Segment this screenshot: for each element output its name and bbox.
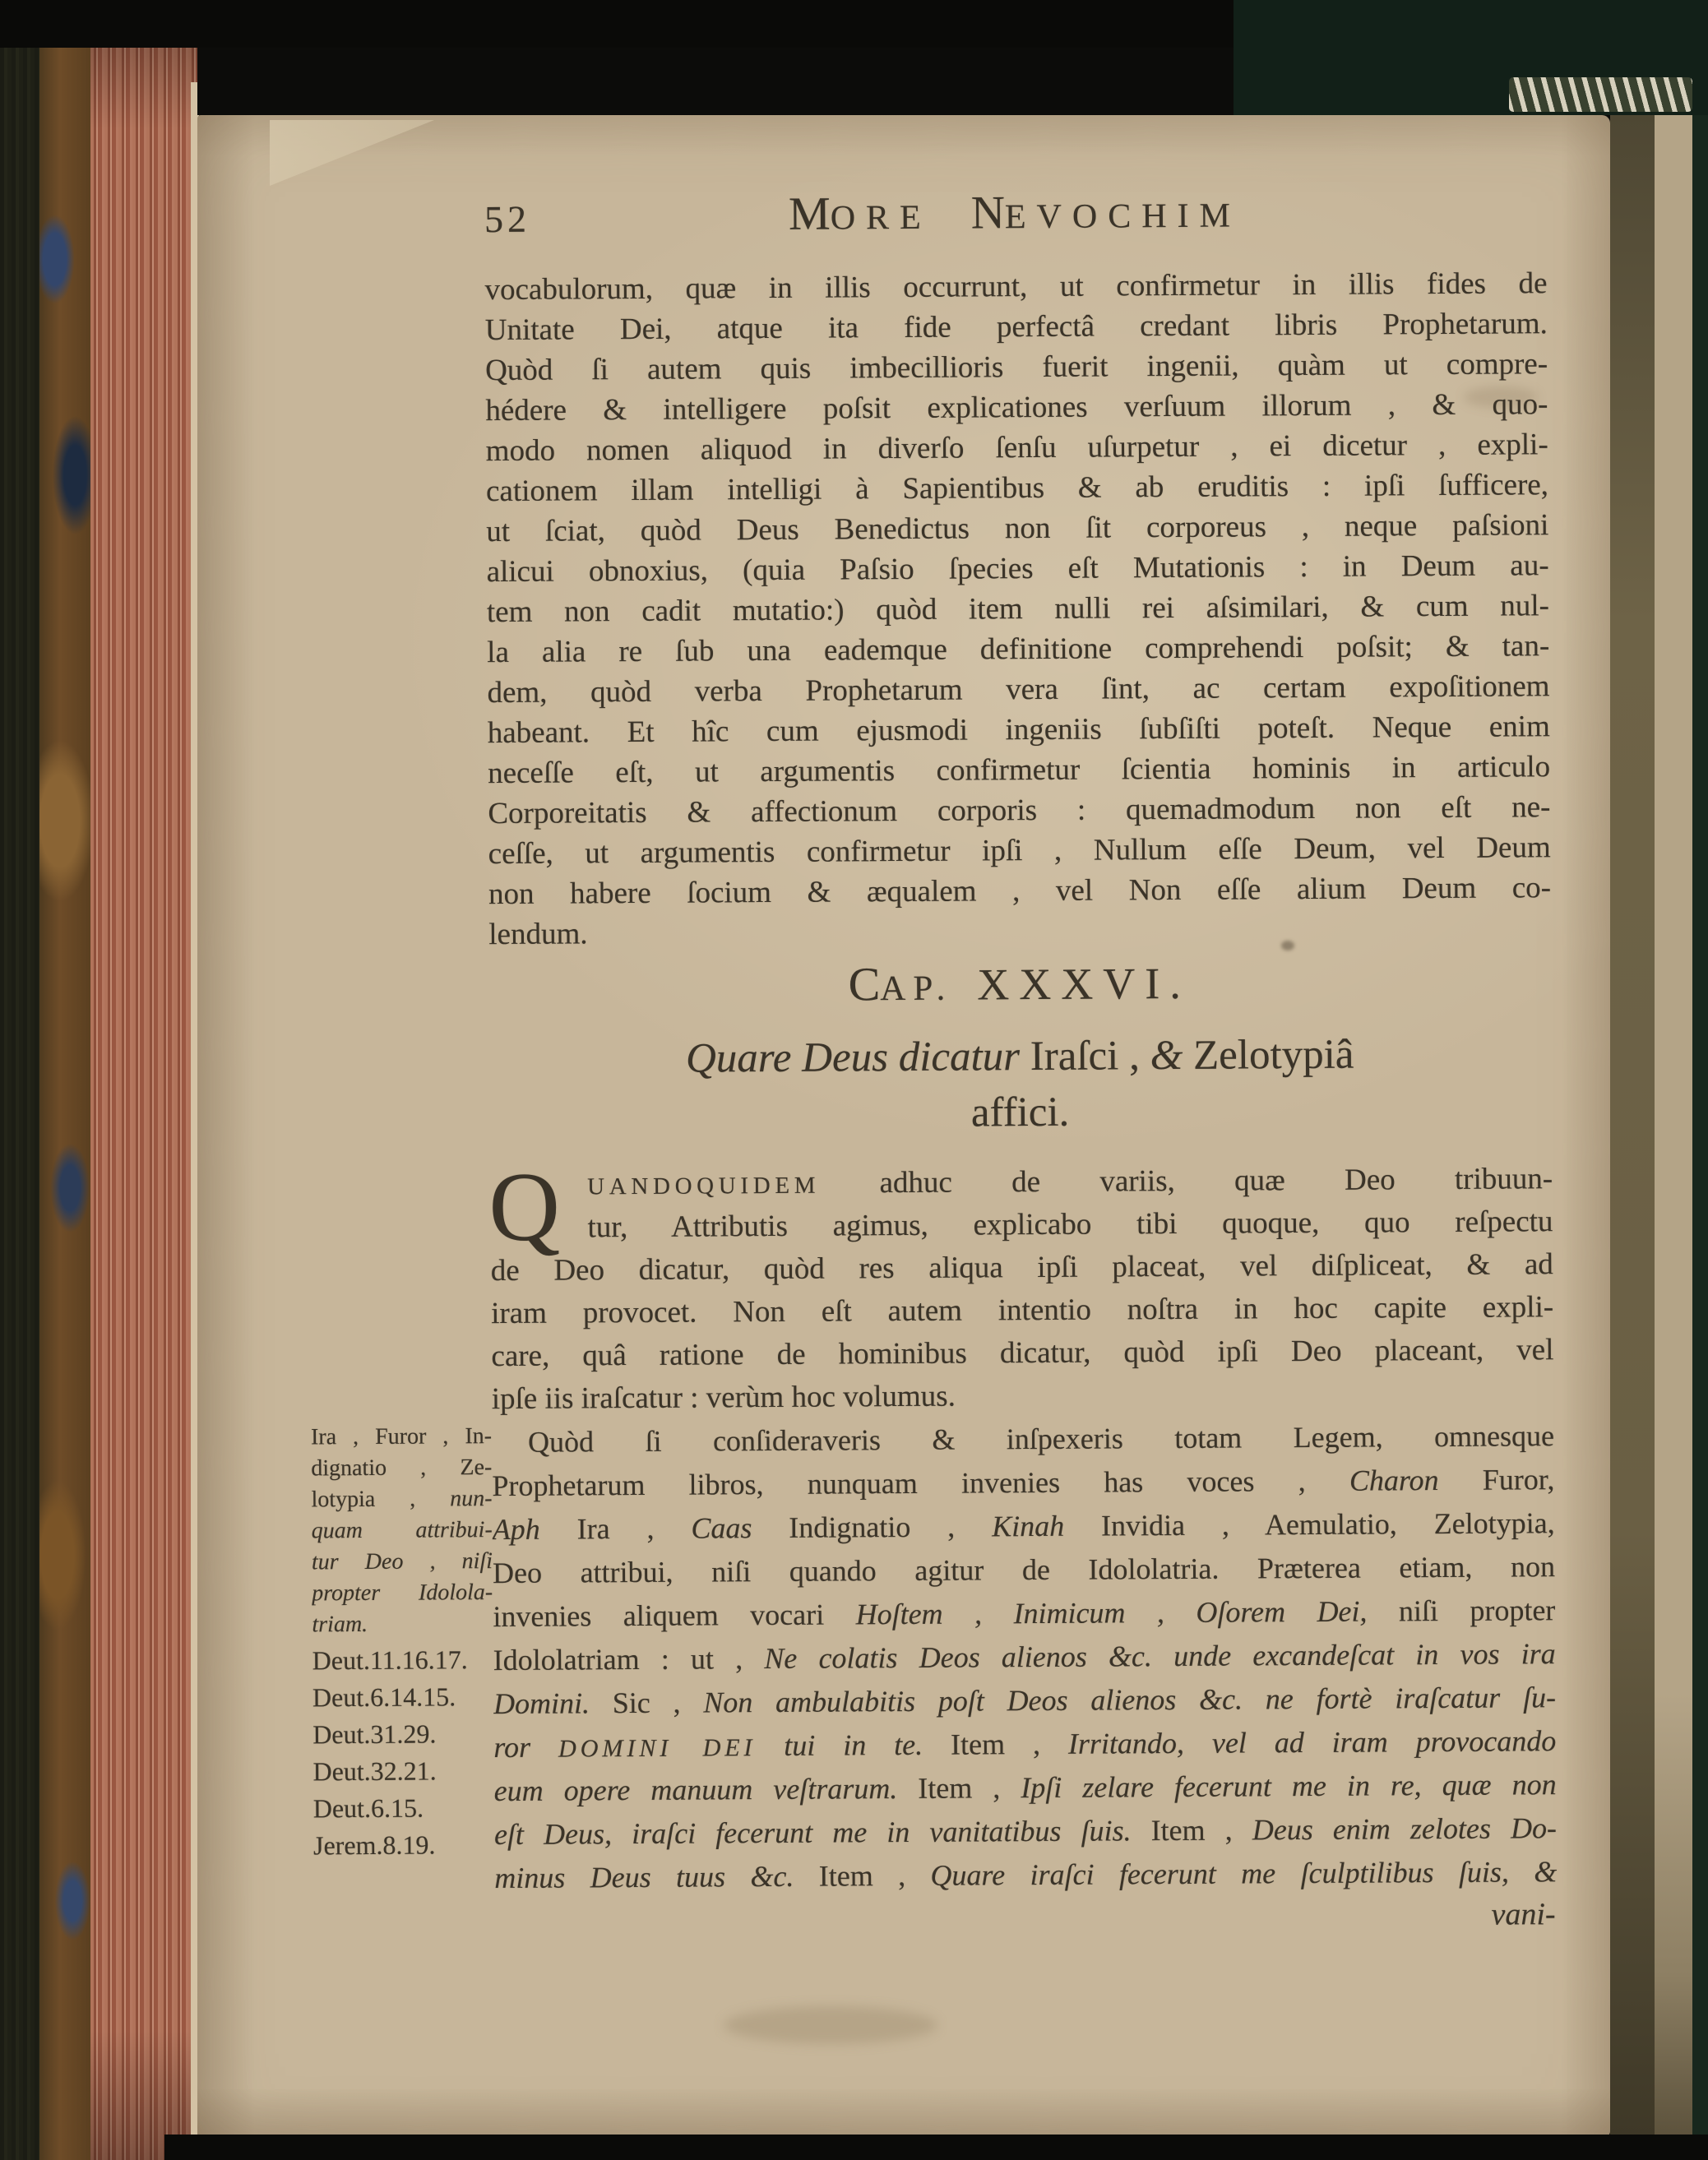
text-segment: Deo attribui, niſi quando agitur de Idol… bbox=[493, 1550, 1555, 1589]
text-segment: Non ambulabitis poſt Deos alienos &c. ne… bbox=[703, 1681, 1556, 1718]
text-line: Idololatriam : ut , Ne colatis Deos alie… bbox=[493, 1632, 1556, 1682]
text-line: modo nomen aliquod in diverſo ſenſu uſur… bbox=[486, 424, 1548, 471]
text-segment: Item , bbox=[897, 1771, 1021, 1805]
text-line: Prophetarum libros, nunquam invenies has… bbox=[492, 1458, 1554, 1508]
text-line: ipſe iis iraſcatur : verùm hoc volumus. bbox=[492, 1371, 1554, 1421]
text-line: quam attribui- bbox=[312, 1515, 493, 1547]
text-line: ceſſe, ut argumentis confirmetur ipſi , … bbox=[488, 827, 1551, 874]
text-segment: Iraſci , bbox=[1030, 1033, 1150, 1080]
text-line: non habere ſocium & æqualem , vel Non eſ… bbox=[488, 867, 1551, 914]
text-segment: Hoſtem , Inimicum , Oſorem Dei, bbox=[856, 1595, 1368, 1631]
text-segment: dem, quòd verba Prophetarum vera ſint, a… bbox=[487, 669, 1549, 710]
text-segment: Domini. bbox=[493, 1686, 590, 1720]
page-stack-fore-edge bbox=[90, 0, 197, 2160]
text-line: ror DOMINI DEI tui in te. Item , Irritan… bbox=[493, 1719, 1556, 1769]
text-line: alicui obnoxius, (quia Paſsio ſpecies eſ… bbox=[486, 545, 1548, 592]
text-segment: Idololatriam : ut , bbox=[493, 1642, 765, 1677]
title-rest: EVOCHIM bbox=[1005, 197, 1241, 236]
text-segment: non habere ſocium & æqualem , vel Non eſ… bbox=[488, 871, 1551, 911]
text-segment: ceſſe, ut argumentis confirmetur ipſi , … bbox=[488, 830, 1551, 871]
margin-references: Deut.11.16.17.Deut.6.14.15.Deut.31.29.De… bbox=[312, 1641, 502, 1864]
title-initial: N bbox=[971, 187, 1006, 238]
chapter-heading-word: AP. bbox=[880, 969, 952, 1009]
text-segment: neceſſe eſt, ut argumentis confirmetur ſ… bbox=[488, 750, 1550, 790]
marbled-board-edge bbox=[39, 0, 90, 2160]
gutter-shadow bbox=[1610, 115, 1655, 2138]
margin-reference: Deut.6.14.15. bbox=[312, 1678, 500, 1716]
paragraph-3: Quòd ſi conſideraveris & inſpexeris tota… bbox=[492, 1414, 1558, 1900]
text-segment: triam. bbox=[312, 1612, 368, 1637]
text-segment: tui in te. bbox=[756, 1728, 923, 1762]
text-segment: Indignatio , bbox=[752, 1510, 992, 1544]
catchword: vani- bbox=[494, 1894, 1555, 1941]
text-segment: Quòd ſi autem quis imbecillioris fuerit … bbox=[485, 347, 1548, 387]
text-segment: minus Deus tuus &c. bbox=[494, 1860, 794, 1894]
text-line: Quòd ſi conſideraveris & inſpexeris tota… bbox=[492, 1414, 1554, 1464]
text-segment: DOMINI DEI bbox=[558, 1733, 757, 1762]
facing-leaf-edge bbox=[1655, 115, 1692, 2138]
text-segment: Charon bbox=[1349, 1464, 1439, 1497]
text-line: UANDOQUIDEM adhuc de variis, quæ Deo tri… bbox=[490, 1158, 1553, 1207]
chapter-subtitle: Quare Deus dicatur Iraſci , & Zelotypiâa… bbox=[489, 1025, 1551, 1144]
text-segment: eſt Deus, iraſci fecerunt me in vanitati… bbox=[494, 1814, 1132, 1851]
text-segment: Quare Deus dicatur bbox=[686, 1034, 1030, 1082]
text-segment: de Deo dicatur, quòd res aliqua ipſi pla… bbox=[491, 1247, 1553, 1288]
printed-text-layer: 52 MORENEVOCHIM vocabulorum, quæ in illi… bbox=[192, 111, 1617, 2142]
text-line: Aph Ira , Caas Indignatio , Kinah Invidi… bbox=[493, 1501, 1555, 1552]
text-line: affici. bbox=[489, 1081, 1550, 1144]
paragraph-2-lines: UANDOQUIDEM adhuc de variis, quæ Deo tri… bbox=[490, 1158, 1554, 1421]
chapter-heading: CAP.XXXVI. bbox=[488, 951, 1549, 1015]
text-segment: & bbox=[1150, 1033, 1193, 1079]
text-segment: quam attribui- bbox=[312, 1517, 493, 1543]
text-segment: nun- bbox=[450, 1486, 493, 1511]
text-segment: Quòd ſi conſideraveris & inſpexeris tota… bbox=[528, 1419, 1554, 1459]
text-line: tur Deo , niſi bbox=[312, 1546, 493, 1578]
text-segment: tur Deo , niſi bbox=[312, 1548, 493, 1575]
text-line: invenies aliquem vocari Hoſtem , Inimicu… bbox=[493, 1589, 1555, 1639]
headband bbox=[1509, 77, 1692, 112]
text-segment: la alia re ſub una eademque definitione … bbox=[487, 629, 1549, 669]
margin-reference: Deut.6.15. bbox=[313, 1789, 501, 1827]
text-line: Unitate Dei, atque ita fide perfectâ cre… bbox=[485, 303, 1548, 350]
text-segment: hédere & intelligere poſsit explicatione… bbox=[485, 387, 1548, 428]
text-segment: vocabulorum, quæ in illis occurrunt, ut … bbox=[484, 266, 1547, 307]
chapter-numeral: XXXVI. bbox=[977, 959, 1191, 1010]
text-line: eum opere manuum veſtrarum. Item , Ipſi … bbox=[494, 1763, 1557, 1813]
text-segment: Unitate Dei, atque ita fide perfectâ cre… bbox=[485, 307, 1548, 347]
text-segment: ut ſciat, quòd Deus Benedictus non ſit c… bbox=[486, 508, 1548, 548]
text-segment: tur, Attributis agimus, explicabo tibi q… bbox=[587, 1205, 1553, 1244]
text-segment: lendum. bbox=[488, 917, 587, 951]
text-line: iram provocet. Non eſt autem intentio no… bbox=[491, 1286, 1553, 1335]
drop-cap: Q bbox=[488, 1164, 560, 1251]
text-line: minus Deus tuus &c. Item , Quare iraſci … bbox=[494, 1850, 1557, 1900]
margin-reference: Deut.32.21. bbox=[312, 1752, 500, 1790]
text-line: dignatio , Ze- bbox=[311, 1452, 492, 1484]
bottom-black-border bbox=[164, 2135, 1708, 2160]
text-segment: affici. bbox=[971, 1089, 1070, 1136]
text-line: hédere & intelligere poſsit explicatione… bbox=[485, 384, 1548, 431]
running-title: MORENEVOCHIM bbox=[484, 180, 1545, 246]
text-segment: propter Idolola- bbox=[312, 1580, 493, 1606]
text-segment: modo nomen aliquod in diverſo ſenſu uſur… bbox=[486, 428, 1548, 468]
text-segment: Kinah bbox=[992, 1510, 1064, 1543]
text-line: triam. bbox=[312, 1608, 493, 1640]
text-line: Deo attribui, niſi quando agitur de Idol… bbox=[493, 1545, 1555, 1595]
text-segment: eum opere manuum veſtrarum. bbox=[494, 1772, 898, 1807]
text-line: cationem illam intelligi à Sapientibus &… bbox=[486, 465, 1548, 511]
text-segment: Quare iraſci fecerunt me ſculptilibus ſu… bbox=[930, 1855, 1557, 1892]
text-segment: cationem illam intelligi à Sapientibus &… bbox=[486, 468, 1548, 508]
text-line: care, quâ ratione de hominibus dicatur, … bbox=[491, 1329, 1553, 1378]
text-line: Domini. Sic , Non ambulabitis poſt Deos … bbox=[493, 1676, 1556, 1726]
text-segment: lotypia , bbox=[311, 1486, 450, 1512]
text-line: lotypia , nun- bbox=[311, 1483, 492, 1515]
text-segment: Zelotypiâ bbox=[1193, 1032, 1354, 1079]
text-segment: Irritando, vel ad iram provocando bbox=[1068, 1724, 1557, 1760]
text-line: Quòd ſi autem quis imbecillioris fuerit … bbox=[485, 344, 1548, 391]
text-line: propter Idolola- bbox=[312, 1577, 493, 1609]
book-left-cover-edge bbox=[0, 0, 39, 2160]
book-right-cover-edge bbox=[1692, 0, 1708, 2160]
book-scan: 52 MORENEVOCHIM vocabulorum, quæ in illi… bbox=[0, 0, 1708, 2160]
text-segment: niſi propter bbox=[1367, 1593, 1555, 1627]
text-line: lendum. bbox=[488, 908, 1551, 955]
text-segment: Prophetarum libros, nunquam invenies has… bbox=[492, 1464, 1349, 1502]
text-line: tur, Attributis agimus, explicabo tibi q… bbox=[490, 1200, 1553, 1250]
text-segment: Corporeitatis & affectionum corporis : q… bbox=[488, 790, 1550, 830]
text-segment: Aph bbox=[493, 1513, 540, 1546]
paragraph-2: Q UANDOQUIDEM adhuc de variis, quæ Deo t… bbox=[490, 1158, 1554, 1421]
text-segment: Furor, bbox=[1438, 1463, 1554, 1496]
text-segment: Sic , bbox=[590, 1686, 704, 1720]
text-line: eſt Deus, iraſci fecerunt me in vanitati… bbox=[494, 1806, 1557, 1857]
text-segment: Ipſi zelare fecerunt me in re, quæ non bbox=[1021, 1768, 1557, 1804]
text-segment: Item , bbox=[923, 1728, 1068, 1761]
text-line: Corporeitatis & affectionum corporis : q… bbox=[488, 787, 1550, 834]
text-segment: adhuc de variis, quæ Deo tribuun- bbox=[820, 1162, 1553, 1200]
text-segment: Ira , Furor , In- bbox=[311, 1423, 492, 1450]
margin-reference: Deut.31.29. bbox=[312, 1715, 500, 1753]
text-line: habeant. Et hîc cum ejusmodi ingeniis ſu… bbox=[488, 706, 1550, 753]
text-line: neceſſe eſt, ut argumentis confirmetur ſ… bbox=[488, 747, 1550, 793]
text-line: la alia re ſub una eademque definitione … bbox=[487, 626, 1549, 673]
page-paper: 52 MORENEVOCHIM vocabulorum, quæ in illi… bbox=[197, 115, 1610, 2138]
text-line: Quare Deus dicatur Iraſci , & Zelotypiâ bbox=[489, 1025, 1550, 1088]
text-segment: Ira , bbox=[540, 1512, 692, 1546]
text-segment: Invidia , Aemulatio, Zelotypia, bbox=[1064, 1506, 1555, 1543]
text-segment: tem non cadit mutatio:) quòd item nulli … bbox=[487, 589, 1549, 629]
text-line: Ira , Furor , In- bbox=[311, 1421, 492, 1453]
running-title-word: NEVOCHIM bbox=[971, 215, 1241, 231]
text-segment: alicui obnoxius, (quia Paſsio ſpecies eſ… bbox=[486, 548, 1548, 589]
text-segment: Item , bbox=[794, 1859, 930, 1893]
text-segment: UANDOQUIDEM bbox=[587, 1173, 820, 1200]
text-segment: care, quâ ratione de hominibus dicatur, … bbox=[491, 1333, 1553, 1373]
text-line: vocabulorum, quæ in illis occurrunt, ut … bbox=[484, 263, 1547, 310]
running-title-word: MORE bbox=[789, 218, 932, 233]
text-segment: ipſe iis iraſcatur : verùm hoc volumus. bbox=[492, 1380, 956, 1416]
text-segment: habeant. Et hîc cum ejusmodi ingeniis ſu… bbox=[488, 710, 1550, 750]
chapter-heading-initial: C bbox=[848, 957, 880, 1011]
text-line: de Deo dicatur, quòd res aliqua ipſi pla… bbox=[491, 1243, 1553, 1293]
margin-note: Ira , Furor , In-dignatio , Ze-lotypia ,… bbox=[311, 1421, 493, 1640]
text-segment: ror bbox=[493, 1731, 558, 1764]
text-segment: dignatio , Ze- bbox=[311, 1455, 492, 1481]
text-segment: Caas bbox=[691, 1511, 752, 1544]
text-segment: invenies aliquem vocari bbox=[493, 1598, 855, 1633]
title-initial: M bbox=[789, 188, 831, 240]
margin-reference: Jerem.8.19. bbox=[313, 1826, 501, 1864]
text-line: dem, quòd verba Prophetarum vera ſint, a… bbox=[487, 666, 1549, 713]
text-segment: Deus enim zelotes Do- bbox=[1252, 1811, 1557, 1846]
title-rest: ORE bbox=[831, 199, 932, 238]
text-segment: iram provocet. Non eſt autem intentio no… bbox=[491, 1290, 1553, 1330]
text-segment: Item , bbox=[1131, 1813, 1252, 1847]
text-segment: Ne colatis Deos alienos &c. unde excande… bbox=[764, 1637, 1556, 1675]
paragraph-1: vocabulorum, quæ in illis occurrunt, ut … bbox=[484, 263, 1551, 955]
margin-reference: Deut.11.16.17. bbox=[312, 1641, 500, 1679]
text-line: tem non cadit mutatio:) quòd item nulli … bbox=[487, 585, 1549, 632]
text-line: ut ſciat, quòd Deus Benedictus non ſit c… bbox=[486, 505, 1548, 552]
